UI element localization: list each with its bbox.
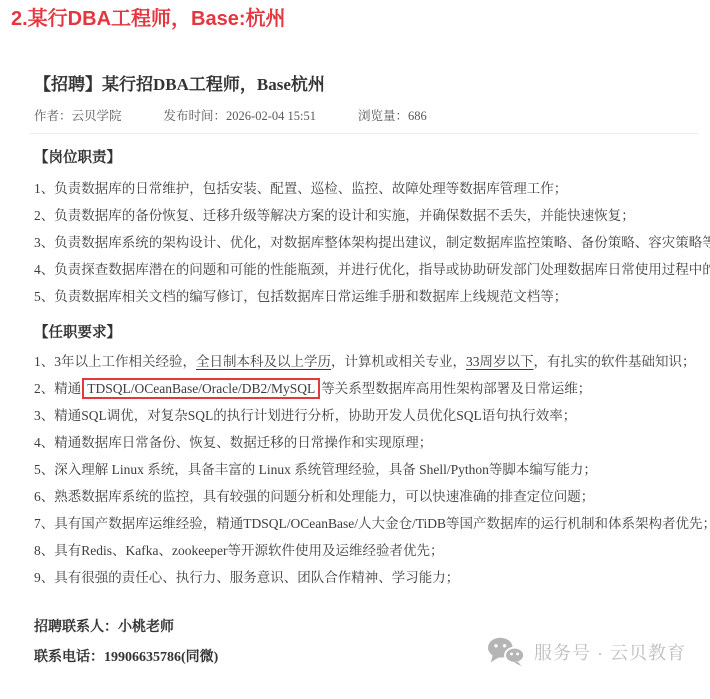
article-meta: 作者：云贝学院发布时间：2026-02-04 15:51浏览量：686 [34,108,698,124]
section-title-duties: 【岗位职责】 [34,150,698,166]
duty-item-2: 2、负责数据库的备份恢复、迁移升级等解决方案的设计和实施，并确保数据不丢失，并能… [34,207,698,225]
req2-text-post: 等关系型数据库高用性架构部署及日常运维； [321,381,591,396]
requirement-item-3: 3、精通SQL调优，对复杂SQL的执行计划进行分析，协助开发人员优化SQL语句执… [34,407,698,425]
requirement-item-5: 5、深入理解 Linux 系统，具备丰富的 Linux 系统管理经验，具备 Sh… [34,461,698,479]
req1-text: 1、3年以上工作相关经验， [34,354,196,369]
contact-person-label: 招聘联系人： [34,620,118,635]
req1-underlined-education: 全日制本科及以上学历 [196,354,331,369]
contact-person-line: 招聘联系人：小桃老师 [34,619,698,637]
footer-brand-text: 服务号 · 云贝教育 [534,639,686,665]
requirement-item-2: 2、精通TDSQL/OCeanBase/Oracle/DB2/MySQL等关系型… [34,380,698,398]
article: 【招聘】某行招DBA工程师，Base杭州 作者：云贝学院发布时间：2026-02… [34,74,698,679]
duty-item-5: 5、负责数据库相关文档的编写修订，包括数据库日常运维手册和数据库上线规范文档等； [34,288,698,306]
contact-person-value: 小桃老师 [118,620,174,635]
meta-views-value: 686 [408,109,427,123]
duty-item-3: 3、负责数据库系统的架构设计、优化，对数据库整体架构提出建议，制定数据库监控策略… [34,234,698,252]
divider [30,133,698,134]
meta-author-value: 云贝学院 [72,109,122,123]
meta-author: 作者：云贝学院 [34,109,122,123]
footer-brand: 服务号 · 云贝教育 [487,636,686,667]
wechat-icon [487,636,525,667]
duty-item-4: 4、负责探查数据库潜在的问题和可能的性能瓶颈，并进行优化，指导或协助研发部门处理… [34,261,698,279]
meta-views: 浏览量：686 [358,109,427,123]
contact-phone-label: 联系电话： [34,650,104,665]
contact-phone-value: 19906635786(同微) [104,650,218,665]
page-heading: 2.某行DBA工程师，Base:杭州 [11,6,285,32]
meta-author-label: 作者： [34,109,72,123]
red-highlight-box: TDSQL/OCeanBase/Oracle/DB2/MySQL [82,378,320,399]
meta-publish-label: 发布时间： [164,109,227,123]
meta-views-label: 浏览量： [358,109,408,123]
article-title: 【招聘】某行招DBA工程师，Base杭州 [34,74,698,96]
duty-item-1: 1、负责数据库的日常维护，包括安装、配置、巡检、监控、故障处理等数据库管理工作； [34,180,698,198]
meta-publish-value: 2026-02-04 15:51 [226,109,316,123]
req1-text-post: ，有扎实的软件基础知识； [534,354,696,369]
req1-underlined-age: 33周岁以下 [466,354,534,369]
meta-publish-time: 发布时间：2026-02-04 15:51 [164,109,316,123]
requirement-item-4: 4、精通数据库日常备份、恢复、数据迁移的日常操作和实现原理； [34,434,698,452]
requirement-item-7: 7、具有国产数据库运维经验，精通TDSQL/OCeanBase/人大金仓/TiD… [34,515,698,533]
requirement-item-8: 8、具有Redis、Kafka、zookeeper等开源软件使用及运维经验者优先… [34,542,698,560]
req1-text-mid: ，计算机或相关专业， [331,354,466,369]
section-title-requirements: 【任职要求】 [34,325,698,341]
requirement-item-1: 1、3年以上工作相关经验，全日制本科及以上学历，计算机或相关专业，33周岁以下，… [34,353,698,371]
requirement-item-6: 6、熟悉数据库系统的监控，具有较强的问题分析和处理能力，可以快速准确的排查定位问… [34,488,698,506]
req2-text: 2、精通 [34,381,81,396]
requirement-item-9: 9、具有很强的责任心、执行力、服务意识、团队合作精神、学习能力； [34,569,698,587]
